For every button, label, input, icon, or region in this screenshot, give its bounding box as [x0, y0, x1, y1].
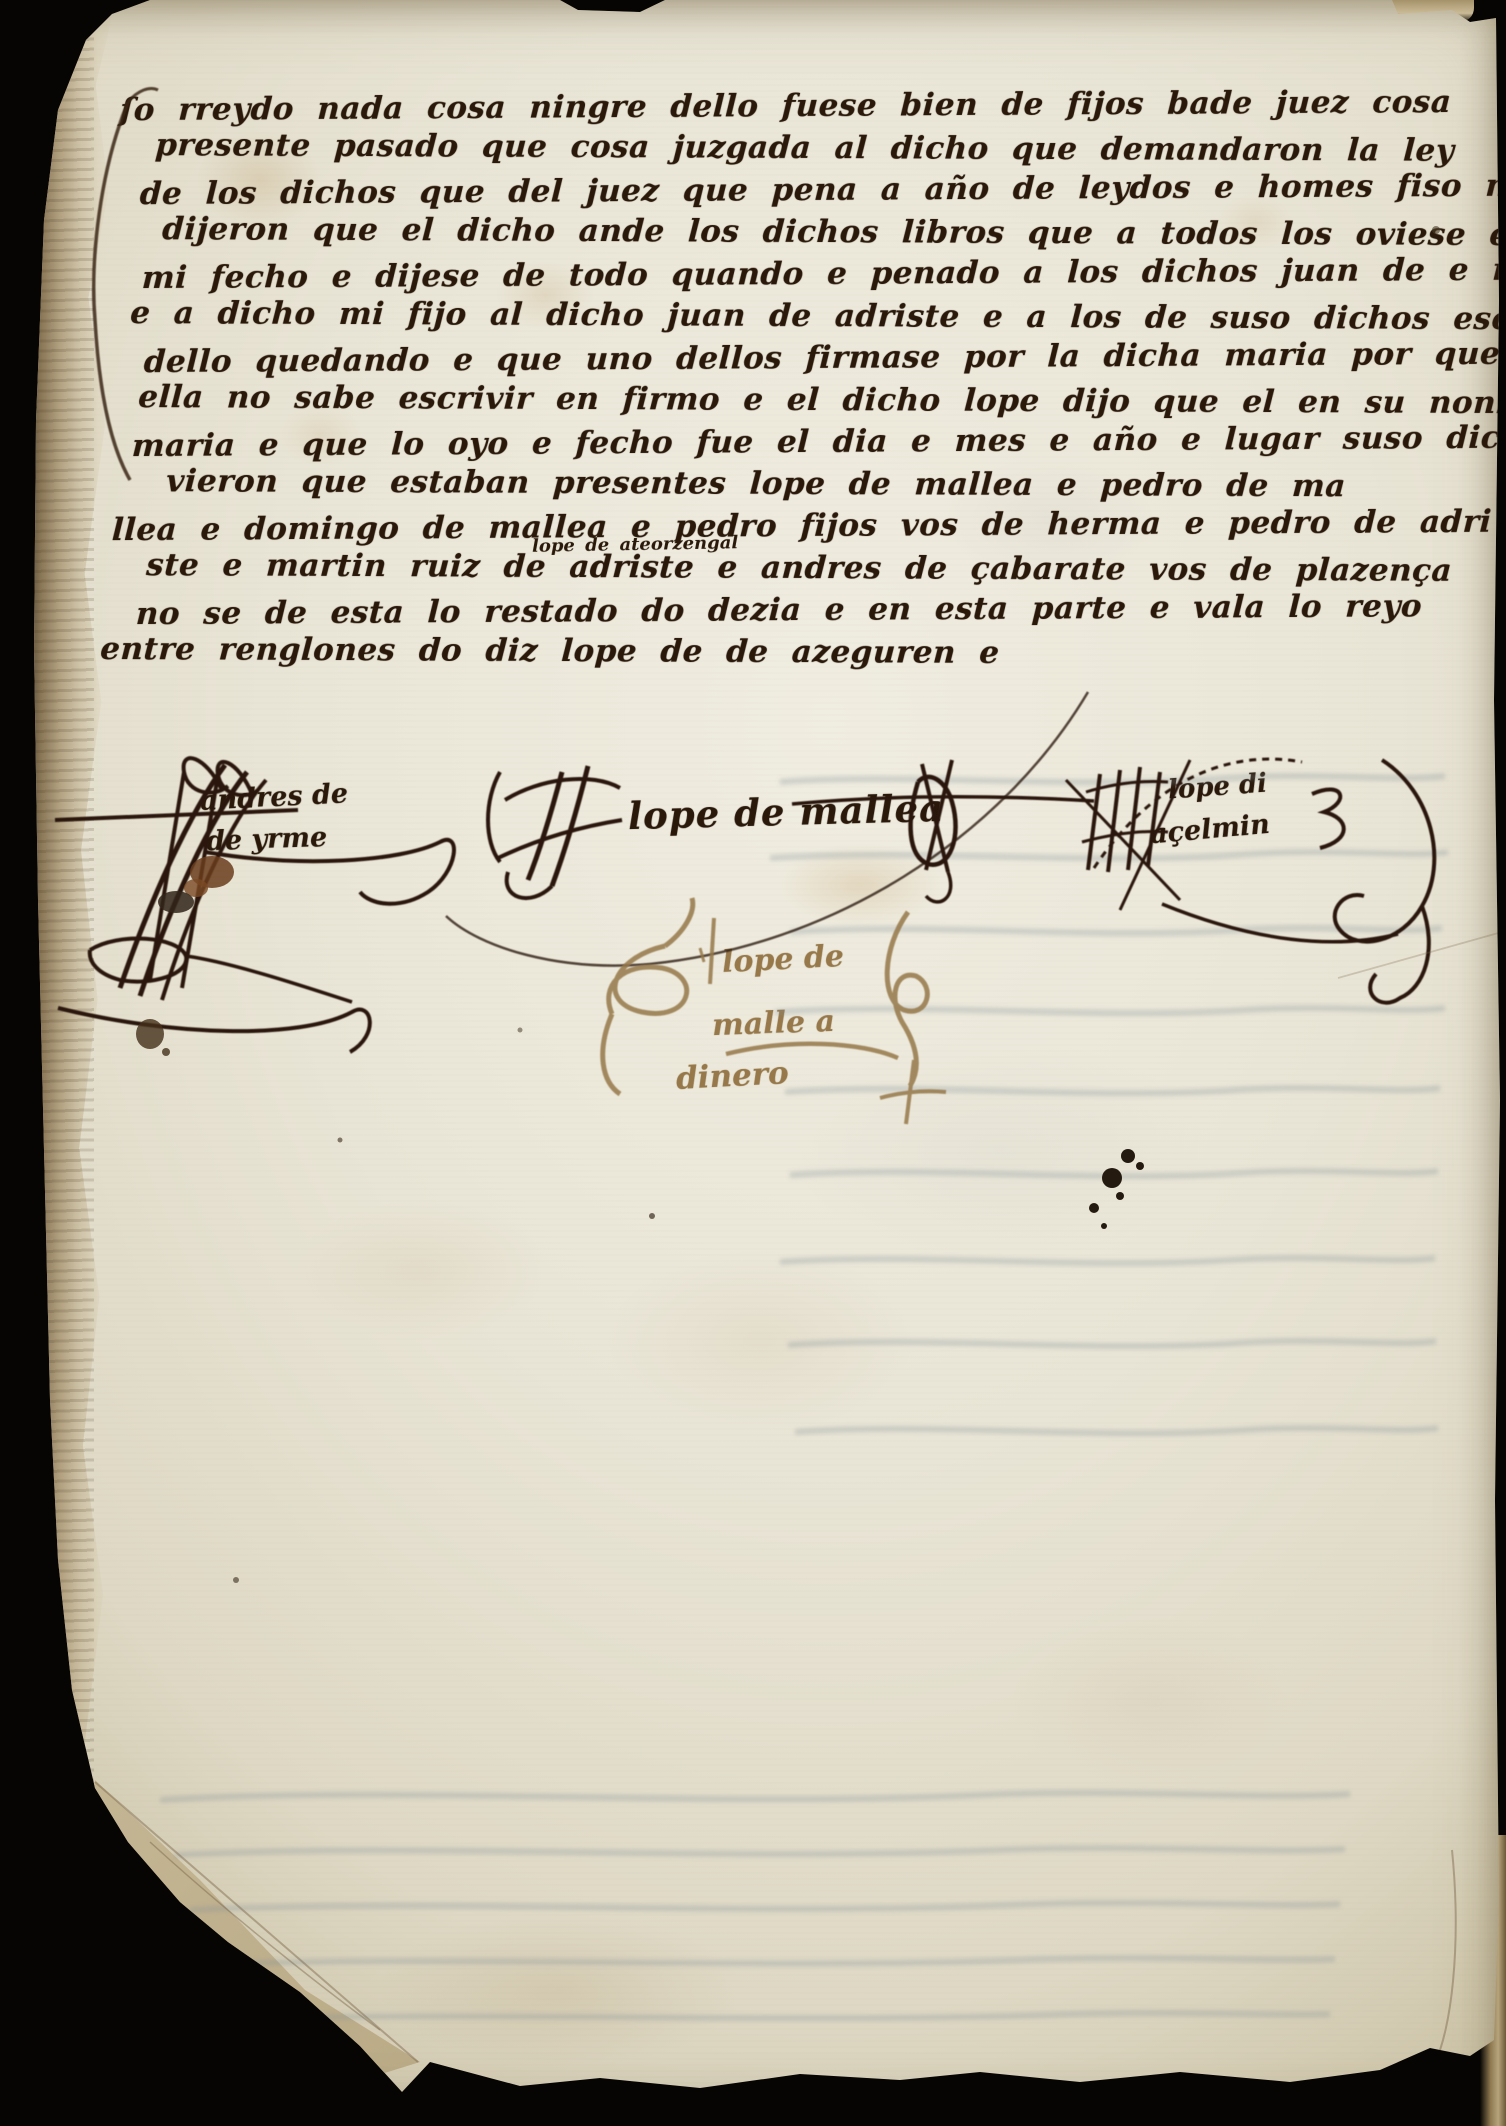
manuscript-photo: ſo rreydo nada cosa ningre dello fuese b… — [0, 0, 1506, 2126]
signature-left-name: andres de — [199, 778, 348, 817]
text-line: mi fecho e dijese de todo quando e penad… — [141, 252, 1471, 302]
text-line: e a dicho mi fijo al dicho juan de adris… — [129, 295, 1471, 343]
text-line: maria e que lo oyo e fecho fue el dia e … — [131, 420, 1471, 470]
text-line: de los dichos que del juez que pena a añ… — [139, 168, 1471, 218]
text-line: ſo rreydo nada cosa ningre dello fuese b… — [119, 84, 1471, 134]
text-line: dello quedando e que uno dellos firmase … — [143, 336, 1471, 386]
signature-center-rubric-left — [488, 766, 622, 898]
text-line: no se de esta lo restado do dezia e en e… — [135, 588, 1471, 638]
interlinear-note: lope de ateorzengal — [532, 532, 739, 557]
text-line: ella no sabe escrivir en firmo e el dich… — [137, 379, 1471, 427]
text-line: vieron que estaban presentes lope de mal… — [165, 463, 1471, 511]
signature-right-name: lope di — [1167, 769, 1268, 806]
faint-inscription-line1: lope de — [721, 939, 845, 980]
text-line: ste e martin ruiz de adriste e andres de… — [145, 547, 1471, 595]
paper-creases — [95, 932, 1502, 2062]
signature-left-name-line2: de yrme — [205, 822, 327, 857]
faint-inscription-line2: malle a — [711, 1004, 835, 1043]
handwritten-text-block: ſo rreydo nada cosa ningre dello fuese b… — [100, 88, 1470, 676]
signature-right-name-line2: açelmin — [1149, 809, 1271, 850]
text-line: presente pasado que cosa juzgada al dich… — [154, 127, 1471, 175]
faint-inscription-line3: dinero — [675, 1055, 789, 1097]
manuscript-page: ſo rreydo nada cosa ningre dello fuese b… — [0, 0, 1506, 2126]
binding-edge-streaks — [24, 0, 94, 2126]
text-line: llea e domingo de mallea e pedro fijos v… — [111, 504, 1471, 554]
text-line: dijeron que el dicho ande los dichos lib… — [161, 211, 1471, 259]
signature-center-name: lope de mallea — [627, 786, 944, 838]
text-line: entre renglones do diz lope de de azegur… — [99, 631, 1471, 679]
